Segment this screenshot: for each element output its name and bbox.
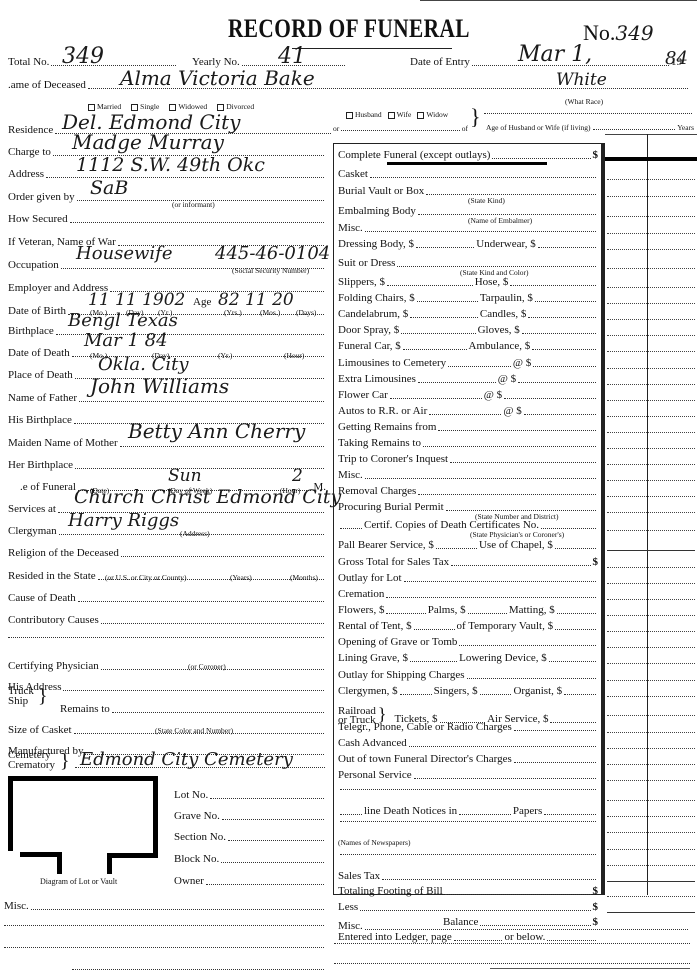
amount-cell[interactable] <box>607 351 695 352</box>
charge-label: Entered into Ledger, page <box>338 931 452 943</box>
fill-line <box>101 623 324 624</box>
charge-row[interactable]: Extra Limousines@ $ <box>338 373 598 385</box>
amount-cell[interactable] <box>607 896 695 897</box>
remains-to-label: Remains to <box>60 703 110 715</box>
amount-cell[interactable] <box>607 599 695 600</box>
charge-row[interactable]: Lining Grave, $Lowering Device, $ <box>338 652 598 664</box>
caption-yrs: (Yrs.) <box>224 308 242 317</box>
charge-sub-label: Hose, $ <box>475 276 509 288</box>
lot-diagram-wall <box>107 853 112 874</box>
his-birthplace-label: His Birthplace <box>8 414 72 426</box>
charge-row[interactable]: Misc. <box>338 222 598 234</box>
fill-line <box>467 678 596 679</box>
caption-months: (Months) <box>290 573 318 582</box>
charge-row[interactable]: Slippers, $Hose, $ <box>338 276 598 288</box>
charge-row[interactable]: Entered into Ledger, pageor below. <box>338 931 598 943</box>
fill-line <box>514 730 596 731</box>
charge-label: Procuring Burial Permit <box>338 501 444 513</box>
charge-label: Flowers, $ <box>338 604 384 616</box>
amount-cell[interactable] <box>607 550 695 551</box>
spouse-option-widow[interactable]: Widow <box>417 110 448 119</box>
charge-row[interactable]: Rental of Tent, $of Temporary Vault, $ <box>338 620 598 632</box>
charge-row[interactable]: Cremation <box>338 588 598 600</box>
lot-no-field[interactable]: Lot No. <box>174 789 326 801</box>
ssn-caption: (Social Security Number) <box>232 266 309 275</box>
charge-row[interactable]: Telegr., Phone, Cable or Radio Charges <box>338 721 598 733</box>
charge-row[interactable]: Autos to R.R. or Air@ $ <box>338 405 598 417</box>
date-of-death-value[interactable]: Mar 1 84 <box>84 330 168 351</box>
section-no-field[interactable]: Section No. <box>174 831 326 843</box>
amount-column-top <box>605 134 697 135</box>
lot-diagram-wall <box>8 776 13 851</box>
amount-cell[interactable] <box>607 583 695 584</box>
fill-line <box>533 366 596 367</box>
charge-label: Trip to Coroner's Inquest <box>338 453 448 465</box>
owner-label: Owner <box>174 875 204 887</box>
spouse-age-field[interactable]: Age of Husband or Wife (if living) Years <box>486 123 694 132</box>
charge-label: Out of town Funeral Director's Charges <box>338 753 512 765</box>
title-underline <box>292 48 452 49</box>
amount-cell[interactable] <box>607 715 695 716</box>
fill-line <box>484 113 692 114</box>
fill-line <box>418 382 496 383</box>
spouse-options: Husband Wife Widow <box>346 110 448 119</box>
charge-row[interactable]: Clergymen, $Singers, $Organist, $ <box>338 685 598 697</box>
fill-line <box>510 285 596 286</box>
charge-row[interactable]: Outlay for Lot <box>338 572 598 584</box>
spouse-name-field[interactable]: or of <box>333 124 468 133</box>
charge-sub-label: Singers, $ <box>434 685 478 697</box>
amount-cell[interactable] <box>607 368 695 369</box>
lot-diagram-wall <box>20 852 62 857</box>
amount-cell[interactable] <box>607 512 695 513</box>
fill-line <box>541 528 596 529</box>
charge-label: Opening of Grave or Tomb <box>338 636 457 648</box>
amount-cell[interactable] <box>607 647 695 648</box>
social-security-value[interactable]: 445-46-0104 <box>215 243 330 264</box>
fill-line <box>63 690 324 691</box>
amount-cell[interactable] <box>607 216 695 217</box>
fill-line <box>555 548 596 549</box>
charge-label: Getting Remains from <box>338 421 436 433</box>
resided-in-state-label: Resided in the State <box>8 570 96 582</box>
her-birthplace-field[interactable]: Her Birthplace <box>8 459 326 471</box>
spouse-option-husband[interactable]: Husband <box>346 110 382 119</box>
residence-label: Residence <box>8 124 53 136</box>
fill-line <box>222 819 324 820</box>
amount-cell[interactable] <box>607 335 695 336</box>
lot-diagram-wall <box>107 853 157 858</box>
spouse-option-wife[interactable]: Wife <box>388 110 412 119</box>
order-given-by-value[interactable]: SaB <box>90 177 128 199</box>
fill-line <box>382 879 596 880</box>
maiden-name-mother-value[interactable]: Betty Ann Cherry <box>128 419 305 443</box>
how-secured-field[interactable]: How Secured <box>8 213 326 225</box>
charge-row[interactable]: Less$ <box>338 901 598 913</box>
birthplace-label: Birthplace <box>8 325 54 337</box>
fill-line <box>418 494 596 495</box>
funeral-day-value[interactable]: Sun <box>168 466 202 486</box>
charge-label: Burial Vault or Box <box>338 185 424 197</box>
fill-line <box>365 231 596 232</box>
fill-line <box>365 478 596 479</box>
amount-cell[interactable] <box>607 816 695 817</box>
charge-row[interactable] <box>338 854 598 857</box>
date-of-birth-value[interactable]: 11 11 1902 <box>88 290 185 310</box>
race-value[interactable]: White <box>556 70 607 90</box>
charge-sub-label: Tarpaulin, $ <box>480 292 533 304</box>
amount-cell[interactable] <box>607 881 695 882</box>
fill-line <box>400 694 432 695</box>
fill-line <box>564 694 596 695</box>
charge-sub-label: @ $ <box>513 357 531 369</box>
fill-line <box>410 317 478 318</box>
fill-line <box>401 333 475 334</box>
fill-line <box>436 548 477 549</box>
amount-cell[interactable] <box>607 384 695 385</box>
caption-yr: (Yr.) <box>218 351 232 360</box>
remains-to-field[interactable]: Remains to <box>60 703 326 715</box>
misc-right-field[interactable]: Misc. <box>338 920 690 932</box>
charge-label: Casket <box>338 168 368 180</box>
clergyman-value[interactable]: Harry Riggs <box>68 510 179 531</box>
charge-sub-label: Ambulance, $ <box>469 340 531 352</box>
amount-cell[interactable] <box>607 764 695 765</box>
charge-label: Personal Service <box>338 769 412 781</box>
of-label: of <box>462 124 468 133</box>
fill-line <box>340 528 362 529</box>
funeral-hour-value[interactable]: 2 <box>292 466 303 486</box>
charge-sub-label: @ $ <box>498 373 516 385</box>
charge-label: Pall Bearer Service, $ <box>338 539 434 551</box>
size-of-casket-label: Size of Casket <box>8 724 72 736</box>
fill-line <box>426 194 596 195</box>
amount-cell[interactable] <box>607 233 695 234</box>
charge-row[interactable]: Outlay for Shipping Charges <box>338 669 598 681</box>
charge-row[interactable]: Sales Tax <box>338 870 598 882</box>
misc-left-line-2[interactable] <box>4 925 324 926</box>
charge-label: Suit or Dress <box>338 257 395 269</box>
charge-label: Embalming Body <box>338 205 416 217</box>
misc-right-line-3[interactable] <box>334 963 690 964</box>
charge-caption: (State Kind) <box>468 196 505 205</box>
fill-line <box>459 814 511 815</box>
grave-no-field[interactable]: Grave No. <box>174 810 326 822</box>
charge-sub-label: Use of Chapel, $ <box>479 539 553 551</box>
fill-line <box>445 894 591 895</box>
amount-cell[interactable] <box>607 196 695 197</box>
contributory-causes-line-2[interactable] <box>8 637 324 638</box>
fill-line <box>532 349 596 350</box>
charge-label: Removal Charges <box>338 485 416 497</box>
fill-line <box>397 266 596 267</box>
misc-left-line-4[interactable] <box>72 969 324 970</box>
charge-row[interactable]: Taking Remains to <box>338 437 598 449</box>
amount-cell[interactable] <box>607 416 695 417</box>
checkbox[interactable] <box>417 112 424 119</box>
charge-row[interactable]: Totaling Footing of Bill$ <box>338 885 598 897</box>
contributory-causes-field[interactable]: Contributory Causes <box>8 614 326 626</box>
charge-label: Telegr., Phone, Cable or Radio Charges <box>338 721 512 733</box>
fill-line <box>360 910 590 911</box>
charge-row[interactable]: Cash Advanced <box>338 737 598 749</box>
caption-days: (Days) <box>296 308 316 317</box>
amount-cell[interactable] <box>607 530 695 531</box>
fill-line <box>340 814 362 815</box>
fill-line <box>78 601 324 602</box>
grave-no-label: Grave No. <box>174 810 220 822</box>
charge-row[interactable]: Limousines to Cemetery@ $ <box>338 357 598 369</box>
charge-row[interactable]: line Death Notices inPapers <box>338 805 598 817</box>
bottom-rule <box>490 968 690 969</box>
charge-label: Taking Remains to <box>338 437 421 449</box>
truck-ship-label: Truck Ship <box>8 686 34 706</box>
fill-line <box>341 130 460 131</box>
fill-line <box>120 446 324 447</box>
charge-label: Gross Total for Sales Tax <box>338 556 449 568</box>
or-label: or <box>333 124 339 133</box>
amount-thick-rule <box>605 157 697 161</box>
amount-cell[interactable] <box>607 303 695 304</box>
checkbox[interactable] <box>346 112 353 119</box>
total-no-label: Total No. <box>8 56 49 68</box>
coroner-caption: (or Coroner) <box>188 662 226 671</box>
misc-right-line-2[interactable] <box>334 943 690 944</box>
charge-row[interactable]: Gross Total for Sales Tax$ <box>338 556 598 568</box>
charge-row[interactable]: Funeral Car, $Ambulance, $ <box>338 340 598 352</box>
brace: } <box>38 685 48 708</box>
amount-cell[interactable] <box>607 800 695 801</box>
charge-row[interactable]: Getting Remains from <box>338 421 598 433</box>
religion-field[interactable]: Religion of the Deceased <box>8 547 326 559</box>
fill-line <box>438 430 596 431</box>
fill-line <box>112 712 324 713</box>
services-at-value[interactable]: Church Christ Edmond City <box>74 486 341 508</box>
misc-left-field[interactable]: Misc. <box>4 900 326 912</box>
charge-row[interactable] <box>338 821 598 824</box>
charge-row[interactable]: Flower Car@ $ <box>338 389 598 401</box>
fill-line <box>340 789 596 790</box>
place-of-death-value[interactable]: Okla. City <box>98 354 189 375</box>
caption-hour: (Hour) <box>284 351 304 360</box>
charge-row[interactable]: Candelabrum, $Candles, $ <box>338 308 598 320</box>
charge-label: Totaling Footing of Bill <box>338 885 443 897</box>
fill-line <box>386 613 425 614</box>
amount-cell[interactable] <box>607 680 695 681</box>
charge-to-value[interactable]: Madge Murray <box>72 130 224 154</box>
charge-label: Misc. <box>338 469 363 481</box>
charge-label: Less <box>338 901 358 913</box>
fill-line <box>535 301 596 302</box>
fill-line <box>228 840 324 841</box>
charge-label: Complete Funeral (except outlays) <box>338 149 490 161</box>
misc-left-line-3[interactable] <box>4 947 324 948</box>
fill-line <box>544 814 596 815</box>
amount-cell[interactable] <box>607 287 695 288</box>
amount-cell[interactable] <box>607 732 695 733</box>
charge-row[interactable]: Removal Charges <box>338 485 598 497</box>
amount-cell[interactable] <box>607 179 695 180</box>
fill-line <box>386 597 596 598</box>
charge-row[interactable]: Pall Bearer Service, $Use of Chapel, $ <box>338 539 598 551</box>
place-of-death-label: Place of Death <box>8 369 73 381</box>
charge-label: Dressing Body, $ <box>338 238 414 250</box>
cause-of-death-field[interactable]: Cause of Death <box>8 592 326 604</box>
charge-label: Clergymen, $ <box>338 685 398 697</box>
charge-sub-label: @ $ <box>484 389 502 401</box>
amount-cell[interactable] <box>607 400 695 401</box>
fill-line <box>404 581 596 582</box>
charge-row[interactable]: Out of town Funeral Director's Charges <box>338 753 598 765</box>
fill-line <box>79 401 324 402</box>
charge-sub-label: Matting, $ <box>509 604 555 616</box>
cause-of-death-label: Cause of Death <box>8 592 76 604</box>
date-of-death-label: Date of Death <box>8 347 70 359</box>
fill-line <box>468 613 507 614</box>
fill-line <box>593 129 676 130</box>
fill-line <box>504 398 596 399</box>
fill-line <box>446 510 596 511</box>
occupation-label: Occupation <box>8 259 59 271</box>
charge-sub-label: Papers <box>513 805 542 817</box>
block-no-field[interactable]: Block No. <box>174 853 326 865</box>
charge-label: (Names of Newspapers) <box>338 838 410 847</box>
charge-label: Extra Limousines <box>338 373 416 385</box>
charge-label: Sales Tax <box>338 870 380 882</box>
fill-line <box>365 929 688 930</box>
cemetery-value[interactable]: Edmond City Cemetery <box>80 749 293 770</box>
charge-sub-label: Underwear, $ <box>476 238 535 250</box>
amount-cell[interactable] <box>607 780 695 781</box>
charge-row[interactable]: Door Spray, $Gloves, $ <box>338 324 598 336</box>
charge-row[interactable]: Personal Service <box>338 769 598 781</box>
amount-cell[interactable] <box>607 849 695 850</box>
name-of-father-label: Name of Father <box>8 392 77 404</box>
amount-cell[interactable] <box>607 480 695 481</box>
amount-cell[interactable] <box>607 249 695 250</box>
amount-cell[interactable] <box>607 268 695 269</box>
charge-row[interactable]: Dressing Body, $Underwear, $ <box>338 238 598 250</box>
address-value[interactable]: 1112 S.W. 49th Okc <box>76 154 265 176</box>
fill-line <box>524 414 596 415</box>
name-of-deceased-value[interactable]: Alma Victoria Bake <box>120 66 315 90</box>
her-birthplace-label: Her Birthplace <box>8 459 73 471</box>
how-secured-label: How Secured <box>8 213 68 225</box>
amount-cell[interactable] <box>607 832 695 833</box>
amount-cell[interactable] <box>607 464 695 465</box>
fill-line <box>387 285 473 286</box>
age-value[interactable]: 82 11 20 <box>218 290 294 310</box>
fill-line <box>414 778 596 779</box>
caption-years: (Years) <box>230 573 252 582</box>
birthplace-value[interactable]: Bengl Texas <box>68 310 178 331</box>
date-of-entry-label: Date of Entry <box>410 56 470 68</box>
cemetery-crematory-label: Cemetery Crematory <box>8 750 55 770</box>
record-number-value[interactable]: 349 <box>615 21 653 45</box>
amount-cell[interactable] <box>607 663 695 664</box>
charge-label: Folding Chairs, $ <box>338 292 415 304</box>
age-label: Age <box>192 296 212 308</box>
amount-cell[interactable] <box>607 696 695 697</box>
address-caption: (Address) <box>180 529 210 538</box>
charge-label: Rental of Tent, $ <box>338 620 412 632</box>
amount-cell[interactable] <box>607 432 695 433</box>
charge-row[interactable]: Flowers, $Palms, $Matting, $ <box>338 604 598 616</box>
amount-cell[interactable] <box>607 748 695 749</box>
charge-row[interactable]: Trip to Coroner's Inquest <box>338 453 598 465</box>
lot-no-label: Lot No. <box>174 789 208 801</box>
charge-label: Flower Car <box>338 389 388 401</box>
lot-diagram-wall <box>57 852 62 874</box>
order-given-by-field[interactable]: Order given by <box>8 191 326 203</box>
date-of-entry-value[interactable]: Mar 1, <box>518 42 592 67</box>
charge-sub-label: of Temporary Vault, $ <box>457 620 554 632</box>
charge-label: Slippers, $ <box>338 276 385 288</box>
amount-cell[interactable] <box>607 448 695 449</box>
charge-row[interactable]: (Names of Newspapers) <box>338 838 598 847</box>
amount-column-divider <box>603 143 605 895</box>
charge-caption: (State Physician's or Coroner's) <box>470 530 564 539</box>
race-caption: (What Race) <box>565 97 603 106</box>
certifying-physician-field[interactable]: Certifying Physician <box>8 660 326 672</box>
lot-diagram-icon <box>8 776 158 781</box>
charge-row[interactable]: Opening of Grave or Tomb <box>338 636 598 648</box>
charge-label: Door Spray, $ <box>338 324 399 336</box>
fill-line <box>528 317 596 318</box>
fill-line <box>557 613 596 614</box>
religion-label: Religion of the Deceased <box>8 547 119 559</box>
total-no-value[interactable]: 349 <box>62 44 104 69</box>
fill-line <box>547 940 596 941</box>
section-no-label: Section No. <box>174 831 226 843</box>
amount-cell[interactable] <box>607 865 695 866</box>
amount-cell[interactable] <box>607 496 695 497</box>
checkbox[interactable] <box>388 112 395 119</box>
fill-line <box>429 414 501 415</box>
fill-line <box>549 661 596 662</box>
page-title: RECORD OF FUNERAL <box>228 14 470 44</box>
charge-sub-label: Candles, $ <box>480 308 526 320</box>
caption-scope: (or U.S. or City or County) <box>105 573 186 582</box>
fill-line <box>514 762 596 763</box>
name-of-deceased-label: .ame of Deceased <box>8 79 86 91</box>
amount-cell[interactable] <box>607 631 695 632</box>
clergyman-label: Clergyman <box>8 525 57 537</box>
complete-funeral-underline <box>387 162 547 165</box>
charge-row[interactable]: Complete Funeral (except outlays)$ <box>338 149 598 161</box>
charge-sub-label: Lowering Device, $ <box>459 652 547 664</box>
services-at-label: Services at <box>8 503 56 515</box>
owner-field[interactable]: Owner <box>174 875 326 887</box>
charge-row[interactable]: Casket <box>338 168 598 180</box>
amount-cell[interactable] <box>607 615 695 616</box>
fill-line <box>370 177 596 178</box>
name-of-father-value[interactable]: John Williams <box>90 374 229 398</box>
charge-row[interactable]: Folding Chairs, $Tarpaulin, $ <box>338 292 598 304</box>
fill-line <box>340 821 596 822</box>
year-value[interactable]: 84 <box>665 48 688 69</box>
occupation-value[interactable]: Housewife <box>76 243 173 264</box>
amount-cell[interactable] <box>607 912 695 913</box>
amount-cell[interactable] <box>607 567 695 568</box>
brace: } <box>60 750 70 773</box>
amount-cell[interactable] <box>607 319 695 320</box>
his-address-field[interactable]: His Address <box>8 681 326 693</box>
fill-line <box>555 629 596 630</box>
charge-row[interactable]: Misc. <box>338 469 598 481</box>
charge-row[interactable] <box>338 789 598 792</box>
charge-row[interactable]: Procuring Burial Permit <box>338 501 598 513</box>
